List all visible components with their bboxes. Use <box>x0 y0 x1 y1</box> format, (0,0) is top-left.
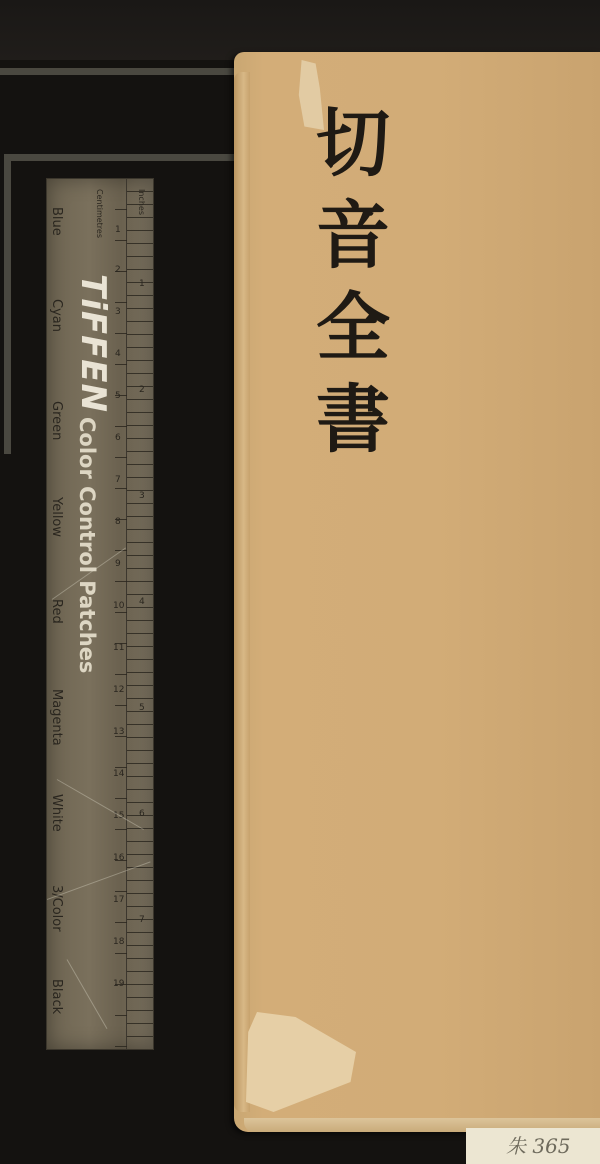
cm-number: 17 <box>113 895 124 905</box>
cm-number: 4 <box>115 349 121 359</box>
cm-number: 8 <box>115 517 121 527</box>
cm-number: 9 <box>115 559 121 569</box>
cm-number: 2 <box>115 265 121 275</box>
cm-number: 19 <box>113 979 124 989</box>
patch-label: Yellow <box>49 497 64 537</box>
inch-number: 2 <box>139 385 145 395</box>
cm-number: 11 <box>113 643 124 653</box>
book-title: 切音全書 <box>274 104 384 472</box>
cm-number: 6 <box>115 433 121 443</box>
tiffen-color-ruler: Inches Centimetres TiFFEN Color Control … <box>46 178 154 1050</box>
paper-tear-bottom-corner <box>246 1012 356 1112</box>
inch-number: 1 <box>139 279 145 289</box>
inch-number: 3 <box>139 491 145 501</box>
product-name: Color Control Patches <box>75 417 99 673</box>
patch-label: 3/Color <box>49 885 64 932</box>
scratch <box>67 959 108 1029</box>
inch-number: 4 <box>139 597 145 607</box>
cm-number: 13 <box>113 727 124 737</box>
cm-number: 3 <box>115 307 121 317</box>
patch-label: Red <box>49 599 64 624</box>
cm-number: 14 <box>113 769 124 779</box>
book-cover: 切音全書 <box>234 52 600 1132</box>
frame-line-inner <box>4 154 234 161</box>
centimetres-label: Centimetres <box>95 189 104 238</box>
frame-line-left <box>4 154 11 454</box>
book-spine-edge <box>234 72 250 1112</box>
inch-number: 6 <box>139 809 145 819</box>
inch-number: 5 <box>139 703 145 713</box>
patch-label: White <box>49 794 64 832</box>
cm-number: 7 <box>115 475 121 485</box>
frame-line-top <box>0 68 234 75</box>
cm-number: 12 <box>113 685 124 695</box>
inch-number: 7 <box>139 915 145 925</box>
cm-number: 10 <box>113 601 124 611</box>
cm-number: 16 <box>113 853 124 863</box>
inches-label: Inches <box>137 189 146 215</box>
tiffen-brand: TiFFEN <box>73 274 113 413</box>
catalog-label: 朱 365 <box>466 1128 600 1164</box>
cm-number: 18 <box>113 937 124 947</box>
patch-label: Black <box>49 979 64 1014</box>
dark-background <box>0 0 600 60</box>
patch-label: Green <box>49 401 64 440</box>
cm-number: 1 <box>115 225 121 235</box>
patch-label: Magenta <box>49 689 64 746</box>
patch-label: Blue <box>49 207 64 236</box>
catalog-label-text: 朱 365 <box>506 1130 571 1159</box>
cm-number: 5 <box>115 391 121 401</box>
patch-label: Cyan <box>49 299 64 332</box>
